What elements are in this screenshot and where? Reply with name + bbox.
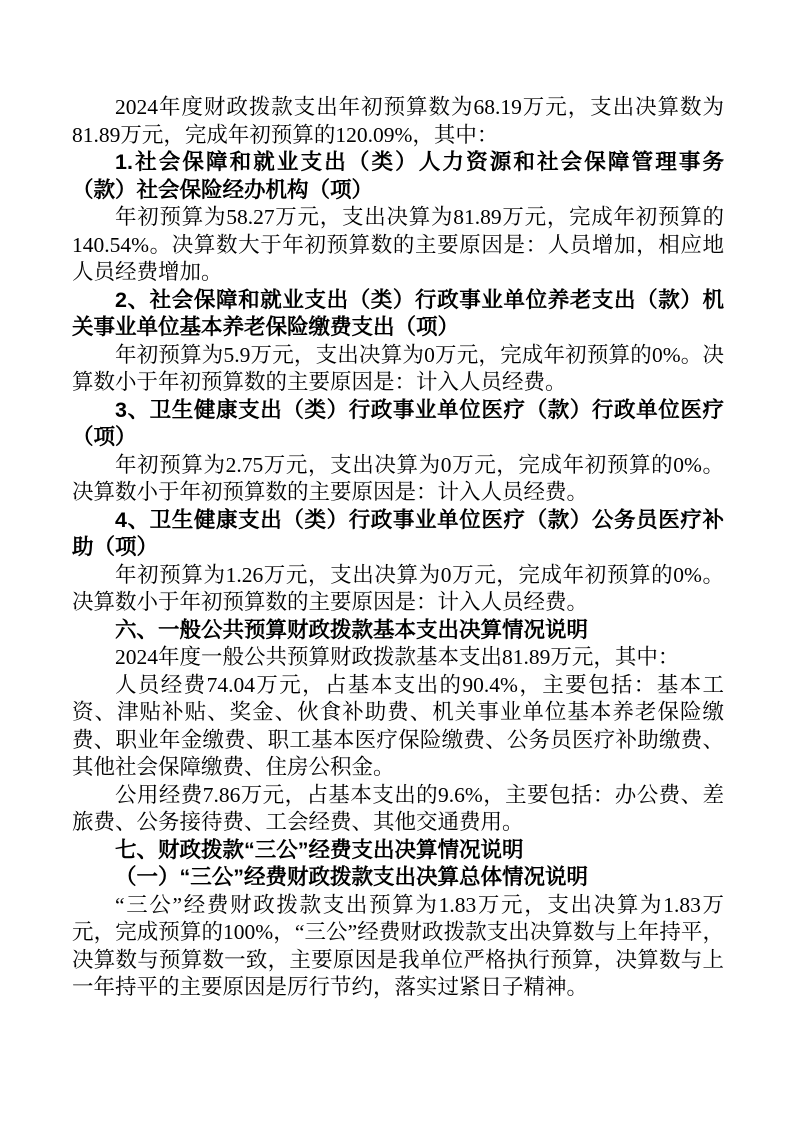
para-personnel-expense-detail: 人员经费74.04万元，占基本支出的90.4%，主要包括：基本工资、津贴补贴、奖…	[72, 672, 724, 782]
para-3-admin-unit-medical-detail: 年初预算为2.75万元，支出决算为0万元，完成年初预算的0%。决算数小于年初预算…	[72, 452, 724, 507]
heading-4-civil-servant-medical-subsidy-item: 4、卫生健康支出（类）行政事业单位医疗（款）公务员医疗补助（项）	[72, 507, 724, 562]
para-6-basic-expenditure-overview: 2024年度一般公共预算财政拨款基本支出81.89万元，其中：	[72, 644, 724, 672]
heading-7-1-three-public-funds-overall: （一）“三公”经费财政拨款支出决算总体情况说明	[72, 864, 724, 892]
heading-7-three-public-funds-explanation: 七、财政拨款“三公”经费支出决算情况说明	[72, 837, 724, 865]
para-three-public-funds-detail: “三公”经费财政拨款支出预算为1.83万元，支出决算为1.83万元，完成预算的1…	[72, 892, 724, 1002]
document-body: 2024年度财政拨款支出年初预算数为68.19万元，支出决算数为81.89万元，…	[72, 94, 724, 1002]
para-2-pension-contribution-detail: 年初预算为5.9万元，支出决算为0万元，完成年初预算的0%。决算数小于年初预算数…	[72, 342, 724, 397]
para-4-civil-servant-medical-subsidy-detail: 年初预算为1.26万元，支出决算为0万元，完成年初预算的0%。决算数小于年初预算…	[72, 562, 724, 617]
para-1-social-security-agency-detail: 年初预算为58.27万元，支出决算为81.89万元，完成年初预算的140.54%…	[72, 204, 724, 287]
heading-2-pension-contribution-item: 2、社会保障和就业支出（类）行政事业单位养老支出（款）机关事业单位基本养老保险缴…	[72, 287, 724, 342]
document-page: 2024年度财政拨款支出年初预算数为68.19万元，支出决算数为81.89万元，…	[0, 0, 793, 1122]
heading-3-admin-unit-medical-item: 3、卫生健康支出（类）行政事业单位医疗（款）行政单位医疗（项）	[72, 397, 724, 452]
para-public-expense-detail: 公用经费7.86万元，占基本支出的9.6%，主要包括：办公费、差旅费、公务接待费…	[72, 782, 724, 837]
heading-6-basic-expenditure-explanation: 六、一般公共预算财政拨款基本支出决算情况说明	[72, 617, 724, 645]
para-2024-fiscal-expenditure-overview: 2024年度财政拨款支出年初预算数为68.19万元，支出决算数为81.89万元，…	[72, 94, 724, 149]
heading-1-social-security-agency-item: 1.社会保障和就业支出（类）人力资源和社会保障管理事务（款）社会保险经办机构（项…	[72, 149, 724, 204]
